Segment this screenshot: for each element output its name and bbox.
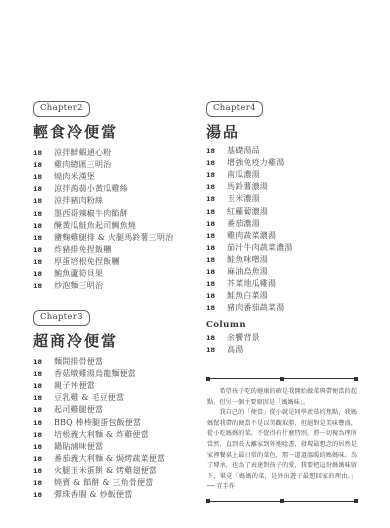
toc-entry[interactable]: 18厚蛋培根免捏飯糰	[33, 256, 173, 268]
chapter-badge: Chapter2	[33, 101, 90, 117]
page-number: 18	[33, 232, 54, 244]
page-number: 18	[206, 193, 227, 205]
entry-title: 彈珠香腸 & 炒飯便當	[54, 489, 132, 501]
toc-entry[interactable]: 18雞肉蔬菜濃湯	[206, 230, 293, 242]
entry-title: 增強免疫力雞湯	[227, 157, 284, 169]
toc-entry[interactable]: 18雞肉總匯三明治	[33, 159, 173, 171]
page-number: 18	[206, 278, 227, 290]
page-number: 18	[206, 157, 227, 169]
toc-entry[interactable]: 18番茄義大利麵 & 焗烤蔬菜便當	[33, 453, 165, 465]
toc-entry[interactable]: 18芥菜地瓜雞湯	[206, 278, 293, 290]
toc-entry[interactable]: 18麻油烏魚湯	[206, 266, 293, 278]
toc-entry[interactable]: 18鹽麴雞腿排 & 火腿馬鈴薯三明治	[33, 232, 173, 244]
toc-entry[interactable]: 18涼拌豬肉粉絲	[33, 195, 173, 207]
column-section: Column 18余饗背景 18高湯	[206, 319, 260, 356]
page-number: 18	[33, 195, 54, 207]
toc-list: 18余饗背景 18高湯	[206, 332, 260, 356]
toc-list: 18涼拌鮮蝦通心粉 18雞肉總匯三明治 18燒肉米漢堡 18涼拌蒟蒻小黃瓜雞絲 …	[33, 147, 173, 292]
toc-entry[interactable]: 18余饗背景	[206, 332, 260, 344]
page-number: 18	[33, 429, 54, 441]
entry-title: 高湯	[227, 344, 243, 356]
bottom-divider	[207, 499, 357, 505]
toc-entry[interactable]: 18涼拌鮮蝦通心粉	[33, 147, 173, 159]
entry-title: 余饗背景	[227, 332, 260, 344]
toc-entry[interactable]: 18彈珠香腸 & 炒飯便當	[33, 489, 165, 501]
entry-title: 南瓜濃湯	[227, 169, 260, 181]
toc-entry[interactable]: 18炒泡麵三明治	[33, 280, 173, 292]
entry-title: 香菇燉雞湯烏龍麵便當	[54, 368, 136, 380]
toc-entry[interactable]: 18豬肉番茄蔬菜湯	[206, 302, 293, 314]
page-number: 18	[33, 244, 54, 256]
chapter-title: 湯品	[206, 123, 293, 141]
page-number: 18	[206, 344, 227, 356]
entry-title: 豆乳雞 & 毛豆便當	[54, 392, 124, 404]
page-number: 18	[33, 171, 54, 183]
toc-entry[interactable]: 18高湯	[206, 344, 260, 356]
entry-title: 紅蘿蔔濃湯	[227, 206, 268, 218]
page-number: 18	[33, 159, 54, 171]
entry-title: 墨西哥辣椒牛肉餡餅	[54, 208, 128, 220]
entry-title: 豬肉番茄蔬菜湯	[227, 302, 284, 314]
entry-title: 麻油烏魚湯	[227, 266, 268, 278]
entry-title: 涼拌豬肉粉絲	[54, 195, 103, 207]
page-number: 18	[33, 280, 54, 292]
entry-title: 鍋貼滷味便當	[54, 441, 103, 453]
toc-entry[interactable]: 18炸豬排免捏飯糰	[33, 244, 173, 256]
entry-title: 厚蛋培根免捏飯糰	[54, 256, 120, 268]
toc-entry[interactable]: 18南瓜濃湯	[206, 169, 293, 181]
quote-paragraph: 希望孩子吃的健康的確是我開始做菜與帶便當的起點，但另一個主要原因是「媽媽味」。	[207, 387, 357, 408]
toc-entry[interactable]: 18火腿玉米蛋餅 & 烤雞翅便當	[33, 465, 165, 477]
entry-title: 火腿玉米蛋餅 & 烤雞翅便當	[54, 465, 157, 477]
toc-entry[interactable]: 18香菇燉雞湯烏龍麵便當	[33, 368, 165, 380]
entry-title: 番茄義大利麵 & 焗烤蔬菜便當	[54, 453, 165, 465]
toc-entry[interactable]: 18基礎湯品	[206, 145, 293, 157]
page-number: 18	[206, 230, 227, 242]
page-number: 18	[33, 441, 54, 453]
page-number: 18	[33, 404, 54, 416]
page-number: 18	[206, 218, 227, 230]
page-number: 18	[33, 356, 54, 368]
toc-entry[interactable]: 18涼拌蒟蒻小黃瓜雞絲	[33, 183, 173, 195]
chapter-title: 輕食冷便當	[33, 123, 173, 141]
toc-entry[interactable]: 18茄汁牛肉蔬菜濃湯	[206, 242, 293, 254]
page-number: 18	[33, 147, 54, 159]
entry-title: 玉米濃湯	[227, 193, 260, 205]
chapter-badge: Chapter4	[206, 101, 263, 117]
quote-paragraph: 我自己的「便當」從小就是同學羨慕的焦點，我媽媽幫我帶的便當不是以美觀取勝，但絕對…	[207, 408, 357, 493]
entry-title: 馬鈴薯濃湯	[227, 181, 268, 193]
top-divider	[207, 376, 357, 382]
toc-entry[interactable]: 18鍋貼滷味便當	[33, 441, 165, 453]
toc-entry[interactable]: 18燒肉米漢堡	[33, 171, 173, 183]
toc-entry[interactable]: 18墨西哥辣椒牛肉餡餅	[33, 207, 173, 219]
page-number: 18	[33, 183, 54, 195]
toc-entry[interactable]: 18馬鈴薯濃湯	[206, 181, 293, 193]
toc-entry[interactable]: 18培根義大利麵 & 炸雞便當	[33, 429, 165, 441]
chapter-title: 超商冷便當	[33, 332, 165, 350]
toc-entry[interactable]: 18紅蘿蔔濃湯	[206, 205, 293, 217]
entry-title: 鮭魚白菜湯	[227, 290, 268, 302]
entry-title: 起司雞腿便當	[54, 404, 103, 416]
page-number: 18	[206, 145, 227, 157]
entry-title: 鹽麴雞腿排 & 火腿馬鈴薯三明治	[54, 232, 173, 244]
chapter-2-section: Chapter2 輕食冷便當 18涼拌鮮蝦通心粉 18雞肉總匯三明治 18燒肉米…	[33, 95, 173, 292]
page-number: 18	[206, 254, 227, 266]
entry-title: BBQ 棒棒腿蛋包飯便當	[54, 417, 141, 429]
toc-entry[interactable]: 18燒賣 & 餡餅 & 三角骨便當	[33, 477, 165, 489]
entry-title: 芥菜地瓜雞湯	[227, 278, 276, 290]
chapter-4-section: Chapter4 湯品 18基礎湯品 18增強免疫力雞湯 18南瓜濃湯 18馬鈴…	[206, 95, 293, 314]
entry-title: 炒泡麵三明治	[54, 280, 103, 292]
entry-title: 雞肉總匯三明治	[54, 159, 111, 171]
page-number: 18	[33, 268, 54, 280]
author-quote: 希望孩子吃的健康的確是我開始做菜與帶便當的起點，但另一個主要原因是「媽媽味」。 …	[207, 376, 357, 505]
toc-list: 18麵間排骨便當 18香菇燉雞湯烏龍麵便當 18親子丼便當 18豆乳雞 & 毛豆…	[33, 356, 165, 501]
entry-title: 麵間排骨便當	[54, 356, 103, 368]
page-number: 18	[33, 208, 54, 220]
page-number: 18	[33, 465, 54, 477]
entry-title: 茄汁牛肉蔬菜濃湯	[227, 242, 293, 254]
toc-entry[interactable]: 18鮭魚白菜湯	[206, 290, 293, 302]
page-number: 18	[33, 477, 54, 489]
toc-entry[interactable]: 18鮭魚味噌湯	[206, 254, 293, 266]
toc-entry[interactable]: 18醃黃瓜鮭魚起司鯛魚燒	[33, 220, 173, 232]
page-number: 18	[206, 266, 227, 278]
toc-entry[interactable]: 18BBQ 棒棒腿蛋包飯便當	[33, 416, 165, 428]
page-number: 18	[206, 206, 227, 218]
chapter-badge: Chapter3	[33, 310, 90, 326]
page-number: 18	[206, 332, 227, 344]
entry-title: 雞肉蔬菜濃湯	[227, 230, 276, 242]
entry-title: 基礎湯品	[227, 145, 260, 157]
quote-text: 希望孩子吃的健康的確是我開始做菜與帶便當的起點，但另一個主要原因是「媽媽味」。 …	[207, 387, 357, 493]
entry-title: 鮪魚蘆筍貝果	[54, 268, 103, 280]
toc-entry[interactable]: 18玉米濃湯	[206, 193, 293, 205]
column-heading: Column	[206, 319, 260, 331]
toc-entry[interactable]: 18豆乳雞 & 毛豆便當	[33, 392, 165, 404]
page-number: 18	[206, 169, 227, 181]
page-number: 18	[33, 256, 54, 268]
entry-title: 鮭魚味噌湯	[227, 254, 268, 266]
entry-title: 炸豬排免捏飯糰	[54, 244, 111, 256]
toc-entry[interactable]: 18增強免疫力雞湯	[206, 157, 293, 169]
toc-list: 18基礎湯品 18增強免疫力雞湯 18南瓜濃湯 18馬鈴薯濃湯 18玉米濃湯 1…	[206, 145, 293, 314]
page-number: 18	[33, 392, 54, 404]
entry-title: 燒賣 & 餡餅 & 三角骨便當	[54, 477, 153, 489]
page-number: 18	[33, 489, 54, 501]
toc-entry[interactable]: 18麵間排骨便當	[33, 356, 165, 368]
toc-entry[interactable]: 18起司雞腿便當	[33, 404, 165, 416]
entry-title: 親子丼便當	[54, 380, 95, 392]
page-number: 18	[33, 368, 54, 380]
entry-title: 涼拌鮮蝦通心粉	[54, 147, 111, 159]
toc-entry[interactable]: 18鮪魚蘆筍貝果	[33, 268, 173, 280]
page-number: 18	[33, 220, 54, 232]
entry-title: 醃黃瓜鮭魚起司鯛魚燒	[54, 220, 136, 232]
entry-title: 番茄濃湯	[227, 218, 260, 230]
chapter-3-section: Chapter3 超商冷便當 18麵間排骨便當 18香菇燉雞湯烏龍麵便當 18親…	[33, 304, 165, 501]
toc-entry[interactable]: 18番茄濃湯	[206, 218, 293, 230]
page-number: 18	[33, 380, 54, 392]
entry-title: 燒肉米漢堡	[54, 171, 95, 183]
page-number: 18	[206, 290, 227, 302]
page-number: 18	[33, 417, 54, 429]
page-number: 18	[33, 453, 54, 465]
toc-entry[interactable]: 18親子丼便當	[33, 380, 165, 392]
entry-title: 涼拌蒟蒻小黃瓜雞絲	[54, 183, 128, 195]
page-number: 18	[206, 242, 227, 254]
entry-title: 培根義大利麵 & 炸雞便當	[54, 429, 149, 441]
page-number: 18	[206, 181, 227, 193]
page-number: 18	[206, 302, 227, 314]
